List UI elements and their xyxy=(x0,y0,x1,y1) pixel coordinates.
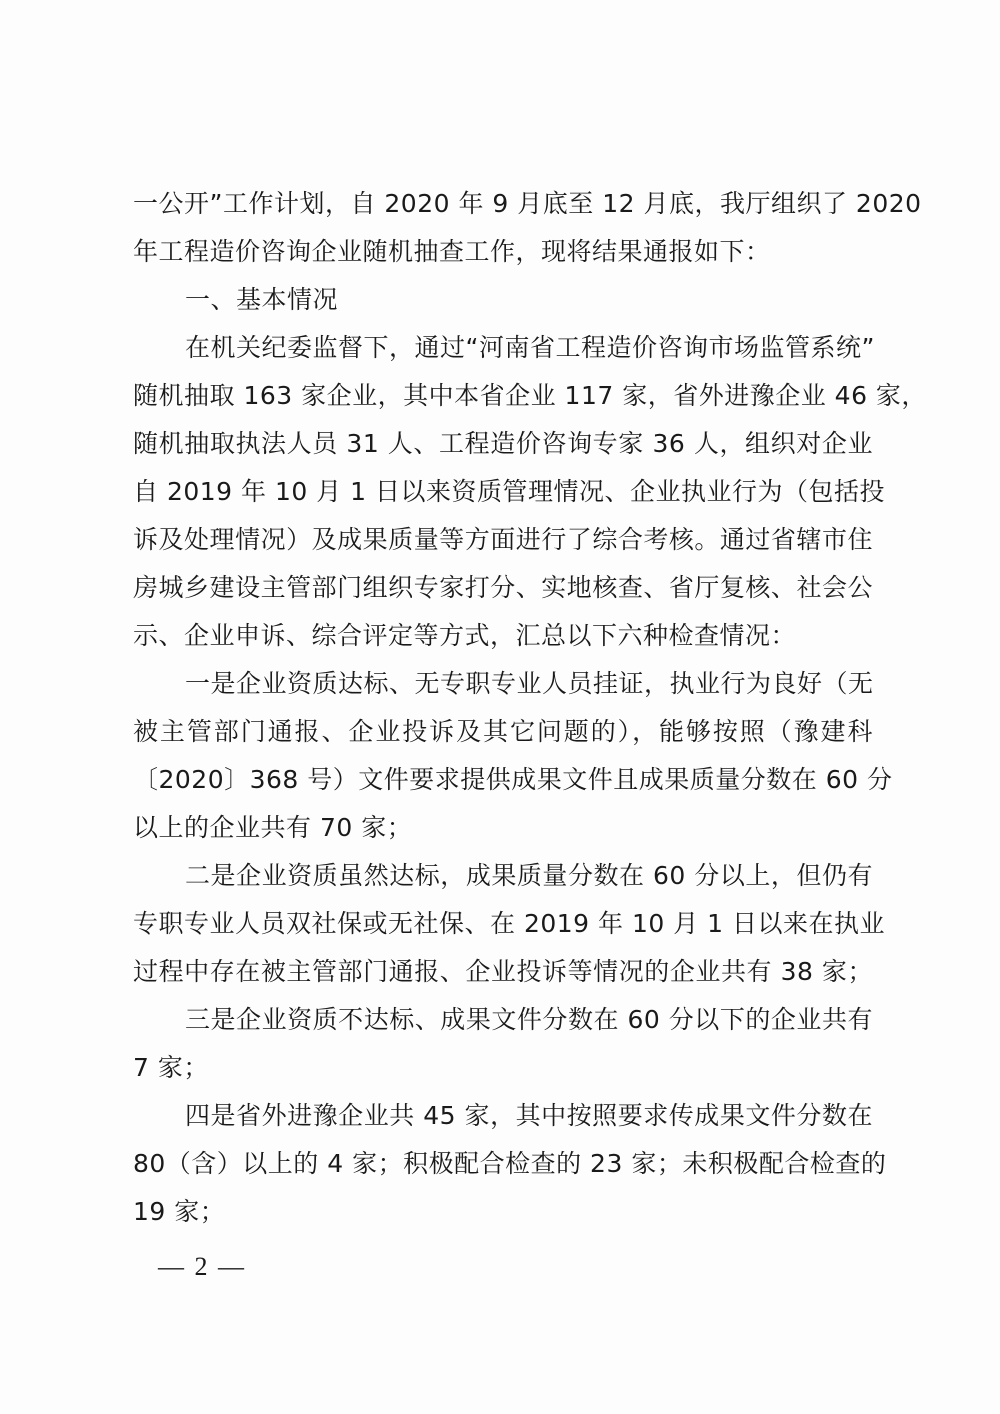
section-heading: 一、基本情况 xyxy=(133,276,873,324)
paragraph-line: 一是企业资质达标、无专职专业人员挂证，执业行为良好（无 xyxy=(133,660,873,708)
paragraph-line: 随机抽取 163 家企业，其中本省企业 117 家，省外进豫企业 46 家， xyxy=(133,372,873,420)
paragraph-line: 四是省外进豫企业共 45 家，其中按照要求传成果文件分数在 xyxy=(133,1092,873,1140)
paragraph-line: 随机抽取执法人员 31 人、工程造价咨询专家 36 人，组织对企业 xyxy=(133,420,873,468)
paragraph-line: 被主管部门通报、企业投诉及其它问题的），能够按照（豫建科 xyxy=(133,708,873,756)
paragraph-line: 年工程造价咨询企业随机抽查工作，现将结果通报如下： xyxy=(133,228,873,276)
paragraph-line: 专职专业人员双社保或无社保、在 2019 年 10 月 1 日以来在执业 xyxy=(133,900,873,948)
paragraph-line: 7 家； xyxy=(133,1044,873,1092)
document-body: 一公开”工作计划，自 2020 年 9 月底至 12 月底，我厅组织了 2020… xyxy=(133,180,873,1236)
paragraph-line: 80（含）以上的 4 家；积极配合检查的 23 家；未积极配合检查的 xyxy=(133,1140,873,1188)
paragraph-line: 三是企业资质不达标、成果文件分数在 60 分以下的企业共有 xyxy=(133,996,873,1044)
paragraph-line: 〔2020〕368 号）文件要求提供成果文件且成果质量分数在 60 分 xyxy=(133,756,873,804)
paragraph-line: 自 2019 年 10 月 1 日以来资质管理情况、企业执业行为（包括投 xyxy=(133,468,873,516)
page-number: — 2 — xyxy=(158,1252,246,1282)
paragraph-line: 二是企业资质虽然达标，成果质量分数在 60 分以上，但仍有 xyxy=(133,852,873,900)
paragraph-line: 示、企业申诉、综合评定等方式，汇总以下六种检查情况： xyxy=(133,612,873,660)
paragraph-line: 19 家； xyxy=(133,1188,873,1236)
paragraph-line: 在机关纪委监督下，通过“河南省工程造价咨询市场监管系统” xyxy=(133,324,873,372)
paragraph-line: 以上的企业共有 70 家； xyxy=(133,804,873,852)
paragraph-line: 房城乡建设主管部门组织专家打分、实地核查、省厅复核、社会公 xyxy=(133,564,873,612)
paragraph-line: 诉及处理情况）及成果质量等方面进行了综合考核。通过省辖市住 xyxy=(133,516,873,564)
paragraph-line: 过程中存在被主管部门通报、企业投诉等情况的企业共有 38 家； xyxy=(133,948,873,996)
paragraph-line: 一公开”工作计划，自 2020 年 9 月底至 12 月底，我厅组织了 2020 xyxy=(133,180,873,228)
